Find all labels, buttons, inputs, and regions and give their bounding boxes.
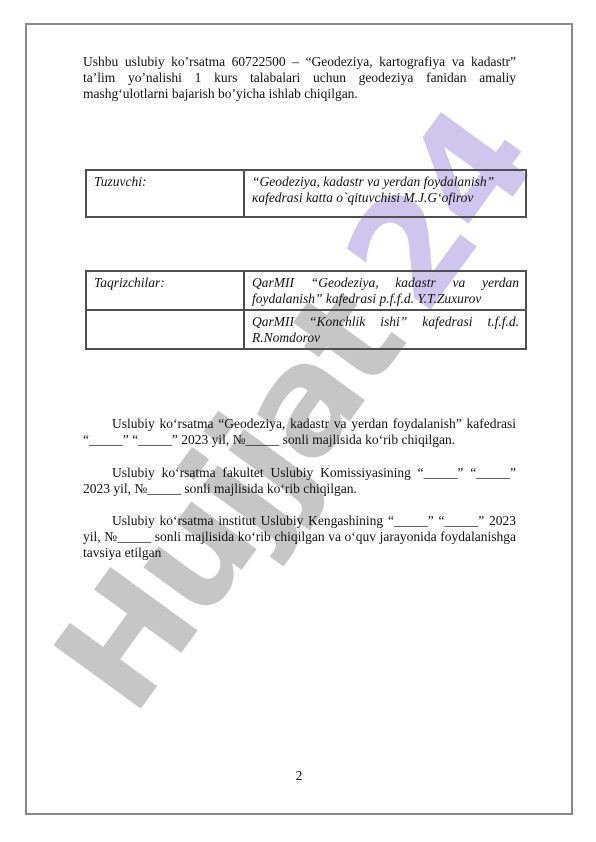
approval-paragraph-institut: Uslubiy ko‘rsatma institut Uslubiy Kenga… [83, 513, 516, 561]
approval-paragraph-fakultet: Uslubiy ko‘rsatma fakultet Uslubiy Komis… [83, 465, 516, 497]
reviewers-table: Taqrizchilar: QarMII “Geodeziya, kadastr… [85, 270, 527, 350]
page-number: 2 [27, 768, 571, 784]
author-label-cell: Tuzuvchi: [86, 170, 244, 217]
page-border: Ushbu uslubiy ko’rsatma 60722500 – “Geod… [25, 23, 573, 815]
reviewers-table-row-2: QarMII “Konchlik ishi” kafedrasi t.f.f.d… [86, 310, 526, 349]
intro-paragraph: Ushbu uslubiy ko’rsatma 60722500 – “Geod… [83, 54, 516, 102]
reviewer-1-cell: QarMII “Geodeziya, kadastr va yerdan foy… [244, 271, 526, 310]
reviewers-table-row-1: Taqrizchilar: QarMII “Geodeziya, kadastr… [86, 271, 526, 310]
author-value-cell: “Geodeziya, kadastr va yerdan foydalanis… [244, 170, 526, 217]
reviewers-empty-cell [86, 310, 244, 349]
reviewers-label-cell: Taqrizchilar: [86, 271, 244, 310]
author-table-row: Tuzuvchi: “Geodeziya, kadastr va yerdan … [86, 170, 526, 217]
document-page: Hujjat 24 Ushbu uslubiy ko’rsatma 607225… [0, 0, 596, 842]
reviewer-2-cell: QarMII “Konchlik ishi” kafedrasi t.f.f.d… [244, 310, 526, 349]
approval-paragraph-kafedra: Uslubiy ko‘rsatma “Geodeziya, kadastr va… [83, 416, 516, 448]
author-table: Tuzuvchi: “Geodeziya, kadastr va yerdan … [85, 169, 527, 218]
